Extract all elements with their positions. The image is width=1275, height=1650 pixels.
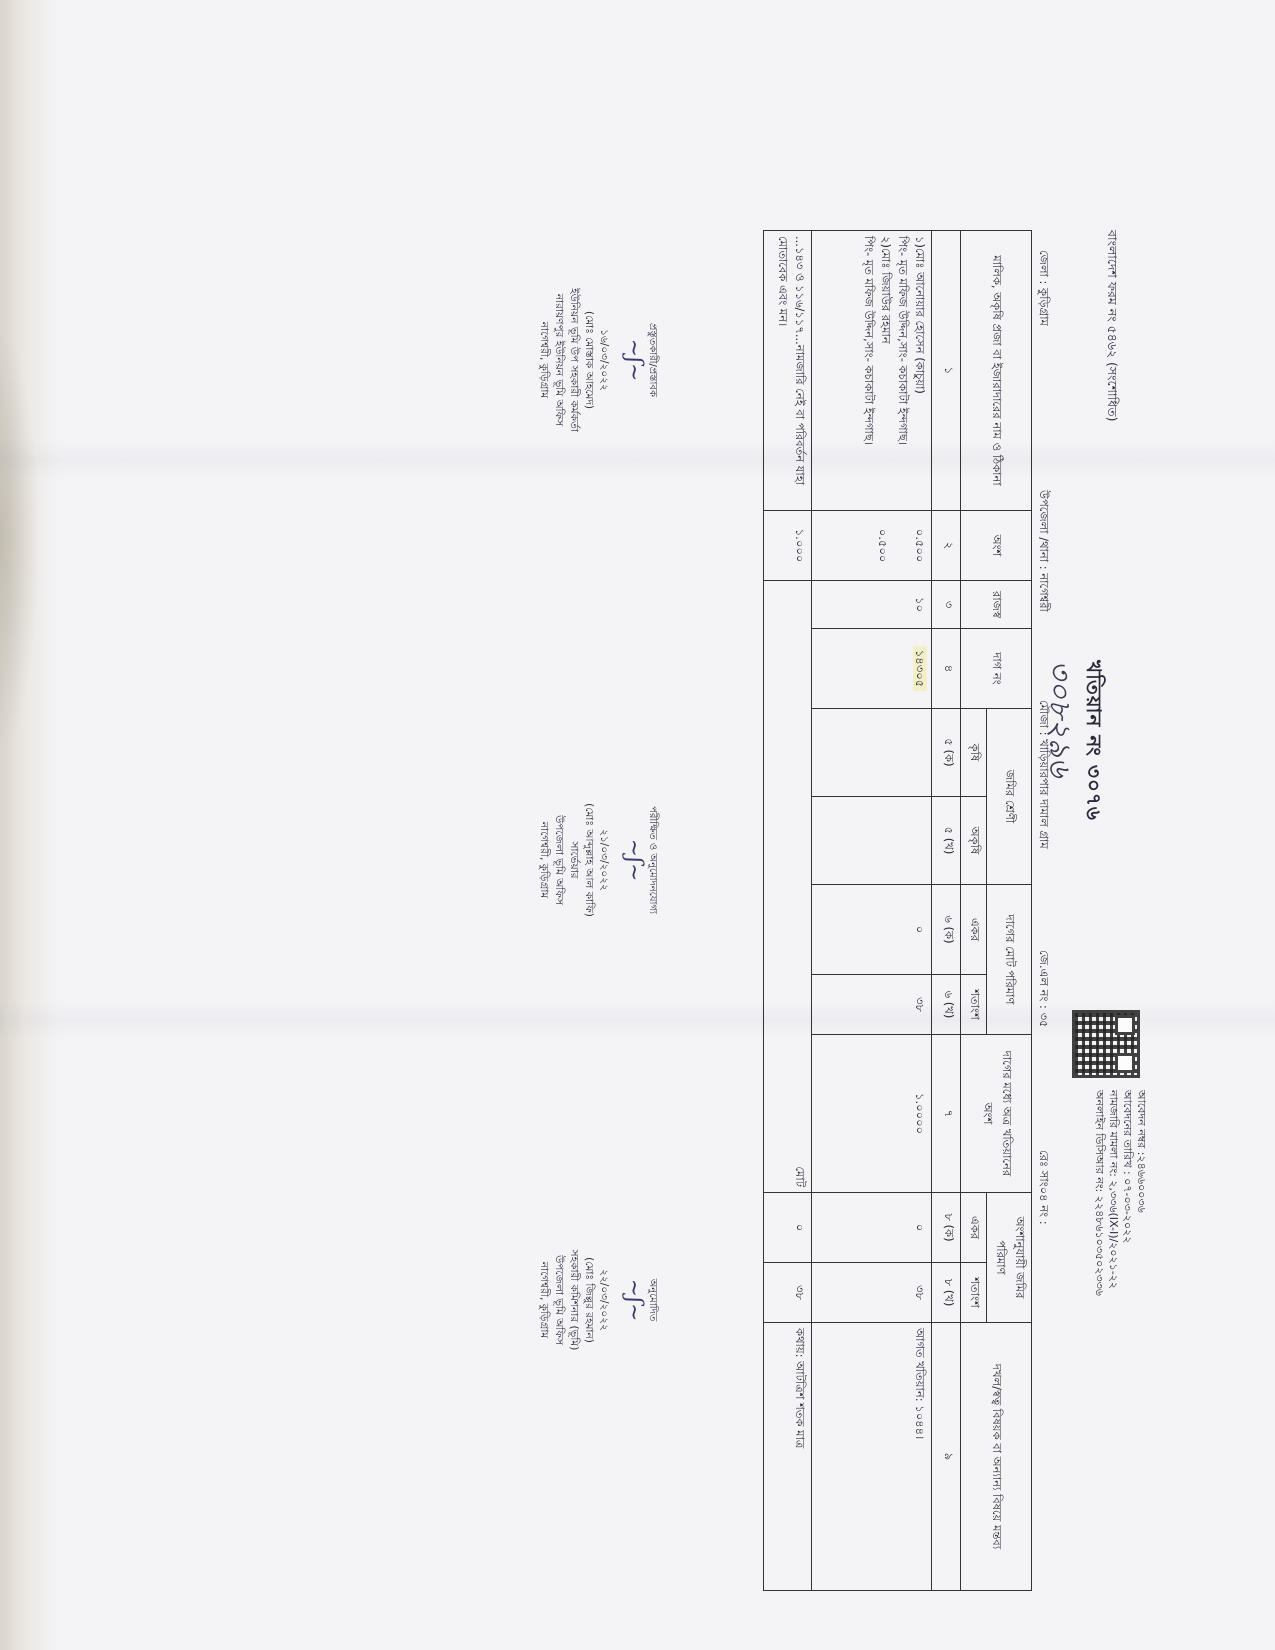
dag-acre-cell: ০ [812,885,932,975]
column-index-row: ১ ২ ৩ ৪ ৫ (ক) ৫ (খ) ৬ (ক) ৬ (খ) ৭ ৮ (ক) … [932,231,961,1591]
header-land-class: জমির শ্রেণী [987,709,1032,885]
total-shatangsha-cell: ৩৮ [764,1263,812,1323]
owner-note-cell: ...১৪৩ ও ১১৬/১১৭...নামজারি নেই বা পরিবর্… [764,231,812,511]
table-row: ১)মোঃ আনোয়ার হোসেন (কাচুয়া) পিং- মৃত ম… [812,231,932,1591]
index-cell: ৭ [932,1035,961,1193]
signature-date: ১৬/০৩/২০২২ [596,230,611,490]
revenue-cell: ১০ [812,581,932,629]
index-cell: ৫ (ক) [932,709,961,797]
akrishi-cell [812,797,932,885]
share-total-cell: ১.০০০ [764,511,812,581]
owner-cell: ১)মোঃ আনোয়ার হোসেন (কাচুয়া) পিং- মৃত ম… [812,231,932,511]
header-dag-total: দাগের মোট পরিমাণ [987,885,1032,1035]
header-revenue: রাজস্ব [961,581,1032,629]
dag-number: ১৪৩০৫ [913,646,927,691]
index-cell: ৩ [932,581,961,629]
signature-role: অনুমোদিত [645,1170,660,1430]
total-remarks-cell: কথায়: আটত্রিশ শতক মাত্র [764,1323,812,1591]
total-row: ...১৪৩ ও ১১৬/১১৭...নামজারি নেই বা পরিবর্… [764,231,812,1591]
online-dcr-number: অনলাইন ডিসিআর নং: ২২৪৮৬১০৩৫০২৩৩৬ [1092,1090,1106,1296]
header-dag-no: দাগ নং [961,629,1032,709]
signatory-place: নাগেশ্বরী, কুড়িগ্রাম [536,1170,551,1430]
khatian-document: খতিয়ান নং ৩০৭৬ আবেদন নম্বর :২৪৬৬০০৩৬ আব… [520,230,1080,1630]
signature-block-verifier: পরীক্ষিত ও অনুমোদনযোগ্য ~ʃ~ ২১/০৩/২০২২ (… [536,730,660,990]
owner-2-share: ০.৫০০ [872,516,891,575]
header-dag-share: দাগের মধ্যে অত্র খতিয়ানের অংশ [961,1035,1032,1193]
scan-smudge [0,330,40,750]
signatory-title: সার্ভেয়ার [566,730,581,990]
register-label: রেঃ সাং০৪ নং : [1033,1150,1052,1225]
signatory-place: নাগেশ্বরী, কুড়িগ্রাম [536,230,551,490]
application-number: আবেদন নম্বর :২৪৬৬০০৩৬ [1134,1090,1148,1296]
khatian-table: মালিক, অকৃষি প্রজা বা ইজারাদারের নাম ও ঠ… [763,230,1032,1591]
signature-block-preparer: প্রস্তুতকারী/প্রস্তাবক ~ʃ~ ১৬/০৩/২০২২ (ম… [536,230,660,490]
header-remarks: দখল/স্বত্ব বিষয়ক বা অন্যান্য বিষয়ে মন্… [961,1323,1032,1591]
krishi-cell [812,709,932,797]
owner-1-address: পিং- মৃত মফিজ উদ্দিন,সাং- কচাকাটা ইন্দগা… [894,236,911,505]
index-cell: ৬ (ক) [932,885,961,975]
owner-2-address: পিং- মৃত মফিজ উদ্দিন,সাং- কচাকাটা ইন্দগা… [860,236,877,505]
header-share-shatangsha: শতাংশ [961,1263,987,1323]
index-cell: ৯ [932,1323,961,1591]
signature-date: ২১/০৩/২০২২ [596,730,611,990]
index-cell: ৫ (খ) [932,797,961,885]
header-row: মালিক, অকৃষি প্রজা বা ইজারাদারের নাম ও ঠ… [987,231,1032,1591]
header-share: অংশ [961,511,1032,581]
signature-mark: ~ʃ~ [611,230,641,490]
index-cell: ৮ (খ) [932,1263,961,1323]
header-krishi: কৃষি [961,709,987,797]
application-info: আবেদন নম্বর :২৪৬৬০০৩৬ আবেদনের তারিখ : ০৭… [1092,1090,1148,1296]
header-owner: মালিক, অকৃষি প্রজা বা ইজারাদারের নাম ও ঠ… [961,231,1032,511]
total-acre-cell: ০ [764,1193,812,1263]
qr-code [1072,1010,1140,1078]
owner-2-name: ২)মোঃ জিয়াউর রহমান [877,236,894,505]
index-cell: ৬ (খ) [932,975,961,1035]
scan-edge-shadow [0,0,60,1650]
header-share-acre: একর [961,1193,987,1263]
signature-role: প্রস্তুতকারী/প্রস্তাবক [645,230,660,490]
header-shatangsha: শতাংশ [961,975,987,1035]
signatory-place: নাগেশ্বরী, কুড়িগ্রাম [536,730,551,990]
owner-1-name: ১)মোঃ আনোয়ার হোসেন (কাচুয়া) [911,236,928,505]
index-cell: ৪ [932,629,961,709]
owner-1-share: ০.৫০০ [909,516,928,575]
signature-mark: ~ʃ~ [611,1170,641,1430]
header-land-by-share: অংশানুযায়ী জমির পরিমাণ [987,1193,1032,1323]
header-acre: একর [961,885,987,975]
signature-mark: ~ʃ~ [611,730,641,990]
dag-no-cell: ১৪৩০৫ [812,629,932,709]
share-shatangsha-cell: ৩৮ [812,1263,932,1323]
signatory-title: সহকারী কমিশনার (ভূমি) [566,1170,581,1430]
index-cell: ২ [932,511,961,581]
signature-block-approver: অনুমোদিত ~ʃ~ ২২/০৩/২০২২ (মোঃ জিল্লুর রহম… [536,1170,660,1430]
dag-shatangsha-cell: ৩৮ [812,975,932,1035]
signatory-name: (মোঃ মোস্তাক আহমেদ) [581,230,596,490]
signature-role: পরীক্ষিত ও অনুমোদনযোগ্য [645,730,660,990]
mouza-label: মৌজা : খাড়িয়ারপার দামাল গ্রাম [1033,700,1052,849]
jl-number-label: জে.এল নং : ৩৫ [1033,950,1052,1028]
signatory-name: (মোঃ জিল্লুর রহমান) [581,1170,596,1430]
total-label-cell: মোট [764,581,812,1193]
signatory-name: (মোঃ আব্দুল্লাহ আল কাফি) [581,730,596,990]
remarks-cell: আগত খতিয়ান: ১০৪৪। [812,1323,932,1591]
header-akrishi: অকৃষি [961,797,987,885]
signature-date: ২২/০৩/২০২২ [596,1170,611,1430]
upazila-label: উপজেলা /থানা : নাগেশ্বরী [1033,490,1052,612]
signatory-office: নারায়ণপুর ইউনিয়ন ভূমি অফিস [551,230,566,490]
share-acre-cell: ০ [812,1193,932,1263]
signatory-office: উপজেলা ভূমি অফিস [551,730,566,990]
district-label: জেলা : কুড়িগ্রাম [1033,250,1052,326]
share-cell: ০.৫০০ ০.৫০০ [812,511,932,581]
application-date: আবেদনের তারিখ : ০৭-০৩-২০২২ [1120,1090,1134,1296]
form-number: বাংলাদেশ ফরম নং ৫৪৬২ (সংশোধিত) [1100,230,1120,421]
mutation-case-number: নামজারি মামলা নং: ২,৩৩৬(IX-I)/২০২১-২২ [1106,1090,1120,1296]
signatory-title: ইউনিয়ন ভূমি উপ সহকারী কর্মকর্তা [566,230,581,490]
signatory-office: উপজেলা ভূমি অফিস [551,1170,566,1430]
index-cell: ১ [932,231,961,511]
dag-share-cell: ১.০০০০ [812,1035,932,1193]
index-cell: ৮ (ক) [932,1193,961,1263]
